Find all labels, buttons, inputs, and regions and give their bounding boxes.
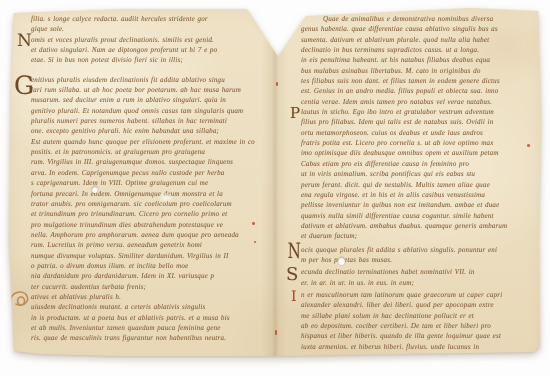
manuscript-text-line: rum. Virgilius in III. graiugenumque dom… [31,157,259,167]
manuscript-text-line: perum ferant. dicit. qui de nestablis. M… [301,180,539,190]
text-block: In er masculinorum tam latinorum quae gr… [301,290,539,352]
manuscript-text-line: uiusdem declinationis mutant. a ceteris … [31,302,259,312]
manuscript-text-line: declinatio in bus terminans supradictos … [301,45,539,55]
manuscript-text-line: imo optimisque diis deabusque omnibus op… [301,148,539,158]
parchment-hole [92,186,98,193]
text-block: ena regula virgose. et in his et in alii… [301,190,539,242]
manuscript-text-line: bus mulabus asinabus libertabus. M. cato… [301,66,539,76]
manuscript-text-line: omis et voces pluralis prout declination… [31,35,259,45]
manuscript-text-line: sumenta. dativum et ablativum plurale. q… [301,35,539,45]
text-block: Plautus in sticho. Ego ibo intro et grat… [301,107,539,190]
manuscript-text-line: n er masculinorum tam latinorum quae gra… [301,290,539,300]
manuscript-text-line: filius pro filiabus. Idem qui talis est … [301,117,539,127]
manuscript-text-line: pluralis numeri pares numeros habent. si… [31,116,259,126]
manuscript-text-line: ecunda declinatio terminationes habet no… [301,267,539,277]
manuscript-text-line: ocis quoque plurales fit addita s ablati… [301,245,539,255]
manuscript-text-line: pellisse inveniuntur in quibus non est i… [301,200,539,210]
ink-speck [254,241,256,243]
text-block: filia. s longe calyce redacta. audiit he… [31,14,259,35]
manuscript-text-line: ativus et ablativus pluralis h. [31,292,259,302]
drop-cap-initial: S [286,266,299,284]
manuscript-text-line: fortuna precari. In eodem. Omnigenumque … [31,189,259,199]
text-block: Est autem quando hunc quoque per elision… [31,137,259,292]
parchment-surface: filia. s longe calyce redacta. audiit he… [0,0,550,376]
text-block: Nomis et voces pluralis prout declinatio… [31,35,259,66]
gutter-fold [262,8,288,358]
manuscript-text-line: me sillabe plani solum in hac declinatio… [301,311,539,321]
manuscript-text-line: musarum. sed ducitur enim a rum in ablat… [31,95,259,105]
manuscript-text-line: m per hos po etas bas musas. [301,255,539,265]
drop-cap-initial: N [288,241,301,262]
drop-cap-initial: N [17,33,32,50]
manuscript-text-line: et duarum factum; [301,231,539,241]
manuscript-text-line: ter cucurrit. audentius turbata frenis; [31,282,259,292]
manuscript-text-line: numque divumque voluptas. Similiter dard… [31,251,259,261]
manuscript-text-line: ab eo depositum. cociber certiberi. De t… [301,321,539,331]
manuscript-text-line: quamvis nulla simili differentiae causa … [301,211,539,221]
manuscript-text-line: centia verae. Idem amis tamen pro natabu… [301,97,539,107]
manuscript-text-line: s caprigenarum. Idem in VIII. Optime gra… [31,178,259,188]
manuscript-text-line: rum. Lucretius in primo versu. aeneadum … [31,240,259,250]
parchment-sheet: filia. s longe calyce redacta. audiit he… [0,0,550,376]
manuscript-text-line: et trinundinum pro trinundinarum. Cicero… [31,209,259,219]
ink-speck [252,222,255,225]
parchment-hole [338,257,345,265]
manuscript-text-line: nella. Amphorum pro amphorarum. aenea du… [31,230,259,240]
manuscript-text-line: et ab mulis. Inveniuntur tamen quaedam p… [31,323,259,333]
manuscript-text-line: fratris potita est. Licero pro cornelia … [301,138,539,148]
manuscript-photo: filia. s longe calyce redacta. audiit he… [0,0,550,376]
flourish-ornament-icon [1,287,33,311]
manuscript-text-line: est. Genius in an andro media. filius po… [301,86,539,96]
manuscript-text-line: positis. et in patronomicis. ut graiugen… [31,147,259,157]
left-page-text: filia. s longe calyce redacta. audiit he… [31,14,259,344]
manuscript-text-line: er. in ar. in ur. in us. in eus. in eum; [301,278,539,288]
manuscript-text-line: iuxta armenios. et hiberus hiberi. fluvi… [301,342,539,352]
text-block: Nocis quoque plurales fit addita s ablat… [301,245,539,266]
manuscript-text-line: etae. Si in bus non potest divisio fieri… [31,55,259,65]
manuscript-text-line: filia. s longe calyce redacta. audiit he… [31,14,259,24]
ink-speck [527,144,530,147]
manuscript-text-line: ut in viris animalium. scriba pontificus… [301,169,539,179]
binding-thread-mark [275,330,277,335]
manuscript-text-line: et dativo singulari. Nam ae diptongon pr… [31,45,259,55]
manuscript-text-line: in is productam. ut a poeta bus et ablat… [31,313,259,323]
text-block: ativus et ablativus pluralis h.uiusdem d… [31,292,259,344]
manuscript-text-line: ortu metamorphoseon. cuius os deabus et … [301,128,539,138]
text-block: Genitivus pluralis eiusdem declinationis… [31,75,259,137]
manuscript-text-line: ena regula virgose. et in his et in alii… [301,190,539,200]
parchment-pale-patch [158,192,174,203]
manuscript-text-line: nia dardanidum pro dardanidarum. Idem in… [31,271,259,281]
manuscript-text-line: alexander alexandri. liber dei liberi. q… [301,300,539,310]
manuscript-text-line: genitivo plurali. Et notandum quod omnis… [31,106,259,116]
right-page-text: Quae de animalibus e demonstrativa nomin… [301,14,539,352]
text-block: Secunda declinatio terminationes habet n… [301,267,539,288]
manuscript-text-line: gique sole. [31,24,259,34]
drop-cap-initial: I [291,290,297,304]
manuscript-text-line: o patria. o divum domus ilium. et inclit… [31,261,259,271]
manuscript-text-line: trator anubis. pro omnigenarum. sic coel… [31,199,259,209]
flourish-ornament [1,287,33,313]
manuscript-text-line: lautus in sticho. Ego ibo intro et gratu… [301,107,539,117]
manuscript-text-line: Quae de animalibus e demonstrativa nomin… [301,14,539,24]
manuscript-text-line: ris. quae de masculinis trans figurantur… [31,333,259,343]
manuscript-text-line: Est autem quando hunc quoque per elision… [31,137,259,147]
manuscript-text-line: tes filiabus suis non dant. et filius ta… [301,76,539,86]
manuscript-text-line: one. excepto genitivo plurali. hic enim … [31,126,259,136]
manuscript-text-line: pro mulgatione trinundinum dies abstrahe… [31,220,259,230]
drop-cap-initial: G [14,73,34,98]
manuscript-text-line: arva. In eodem. Caprigenumque pecus null… [31,168,259,178]
manuscript-text-line: hispanus et liber hiberis. quando de ill… [301,331,539,341]
manuscript-text-line: enitivus pluralis eiusdem declinationis … [31,75,259,85]
manuscript-text-line: dativum et ablativum. ambabus duabus. qu… [301,221,539,231]
manuscript-text-line: lari rum sillaba. ut ab hoc poeta bor po… [31,85,259,95]
manuscript-text-line: Cabus etiam pro eis differentiae causa i… [301,159,539,169]
manuscript-text-line: genus habentia. quae differentiae causa … [301,24,539,34]
drop-cap-initial: P [290,106,300,121]
manuscript-text-line: in eis penultima habeant. ut his natabus… [301,55,539,65]
binding-thread-mark [276,82,278,86]
text-block: Quae de animalibus e demonstrativa nomin… [301,14,539,107]
